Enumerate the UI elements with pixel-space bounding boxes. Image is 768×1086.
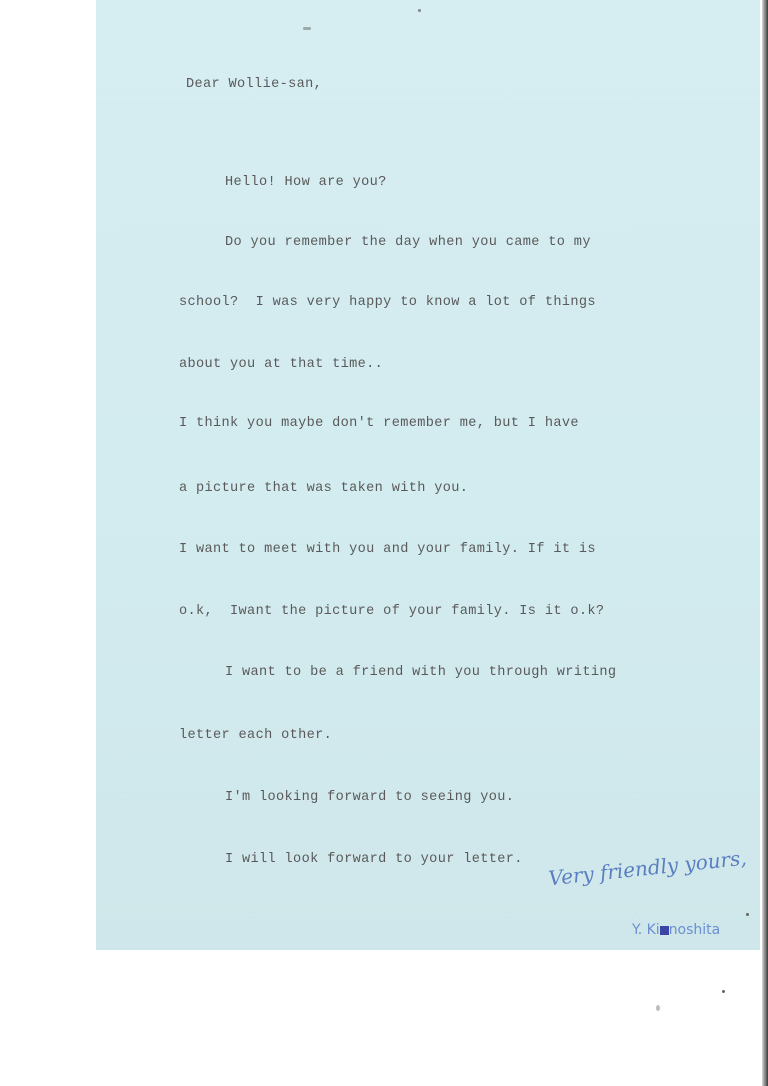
letter-line: letter each other. [179, 728, 332, 743]
letter-paper [96, 0, 760, 950]
signature-end: noshita [669, 922, 721, 938]
letter-line: I'm looking forward to seeing you. [225, 790, 514, 805]
letter-line: I want to be a friend with you through w… [225, 665, 616, 680]
letter-line: school? I was very happy to know a lot o… [179, 295, 596, 310]
ink-blot [660, 926, 669, 935]
letter-line: o.k, Iwant the picture of your family. I… [179, 604, 604, 619]
handwritten-signature: Y. Kinoshita [632, 922, 720, 938]
salutation: Dear Wollie-san, [186, 77, 322, 92]
letter-line: Hello! How are you? [225, 175, 387, 190]
letter-line: a picture that was taken with you. [179, 481, 468, 496]
scan-edge [762, 0, 768, 1086]
dust-speck [746, 913, 749, 916]
signature-start: Y. Ki [632, 922, 660, 938]
dust-speck [656, 1005, 660, 1011]
dust-speck [418, 9, 421, 12]
letter-line: about you at that time.. [179, 357, 383, 372]
dust-speck [722, 990, 725, 993]
paper-mark [303, 27, 311, 30]
letter-line: I want to meet with you and your family.… [179, 542, 596, 557]
letter-line: I think you maybe don't remember me, but… [179, 416, 579, 431]
letter-line: I will look forward to your letter. [225, 852, 523, 867]
letter-line: Do you remember the day when you came to… [225, 235, 591, 250]
